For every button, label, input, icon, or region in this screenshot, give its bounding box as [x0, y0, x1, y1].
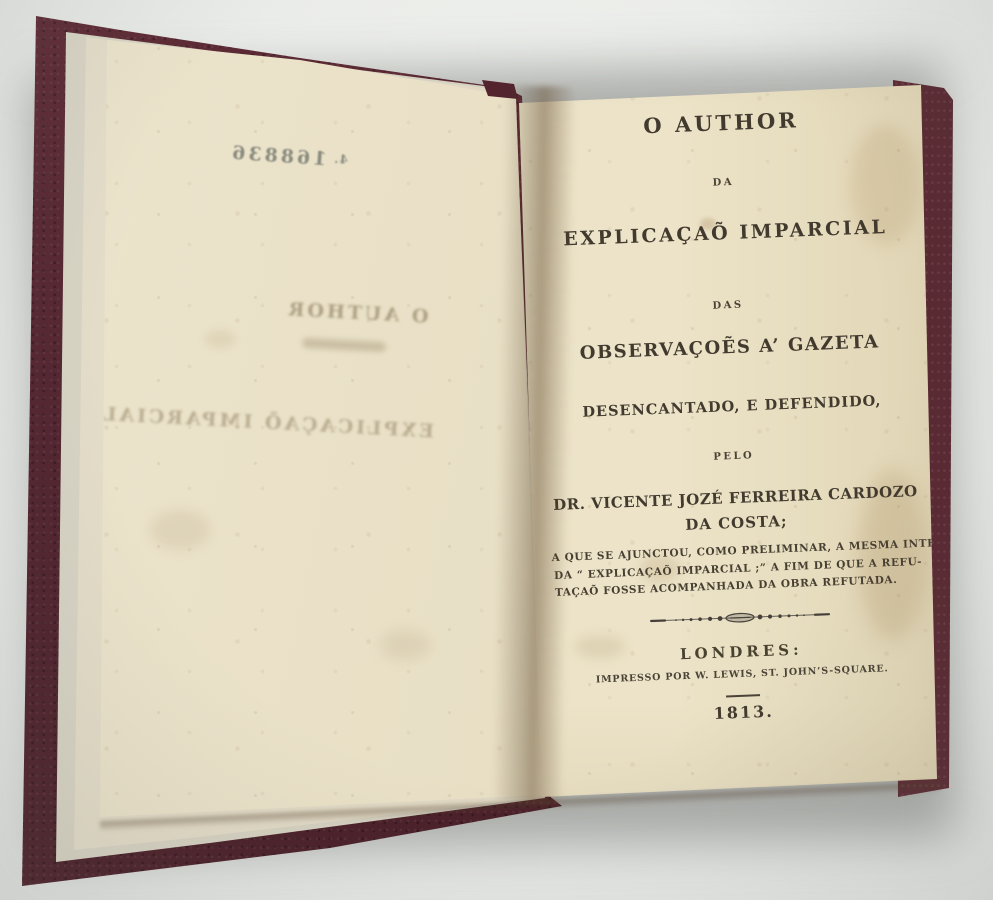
connector-da: DA [522, 170, 924, 196]
foxing-stain [380, 630, 430, 660]
ornament-rule-icon [539, 602, 941, 631]
ghost-showthrough-smudge [302, 338, 386, 352]
ghost-showthrough-title: EXPLICAÇAÕ IMPARCIAL, [112, 404, 435, 443]
book-photo: 4.168836 O AUTHOR EXPLICAÇAÕ IMPARCIAL, … [0, 0, 993, 900]
status-line: DESENCANTADO, E DEFENDIDO, [531, 390, 933, 422]
title-page-heading: O AUTHOR [520, 103, 923, 143]
foxing-stain [205, 330, 235, 348]
foxing-stain [150, 510, 210, 550]
gutter-shadow [492, 85, 576, 802]
title-page-text-block: O AUTHOR DA EXPLICAÇAÕ IMPARCIAL DAS OBS… [519, 85, 946, 760]
preliminary-note: A QUE SE AJUNCTOU, COMO PRELIMINAR, A ME… [536, 535, 940, 603]
stamp-mark: 4. [333, 152, 348, 167]
connector-das: DAS [527, 292, 929, 318]
work-title: EXPLICAÇAÕ IMPARCIAL [524, 214, 927, 251]
stamp-number: 168836 [229, 142, 328, 171]
connector-pelo: PELO [533, 443, 935, 469]
library-stamp: 4.168836 [237, 142, 348, 172]
ghost-showthrough-heading: O AUTHOR [282, 298, 433, 328]
work-subtitle: OBSERVAÇOẼS A’ GAZETA [528, 329, 931, 365]
